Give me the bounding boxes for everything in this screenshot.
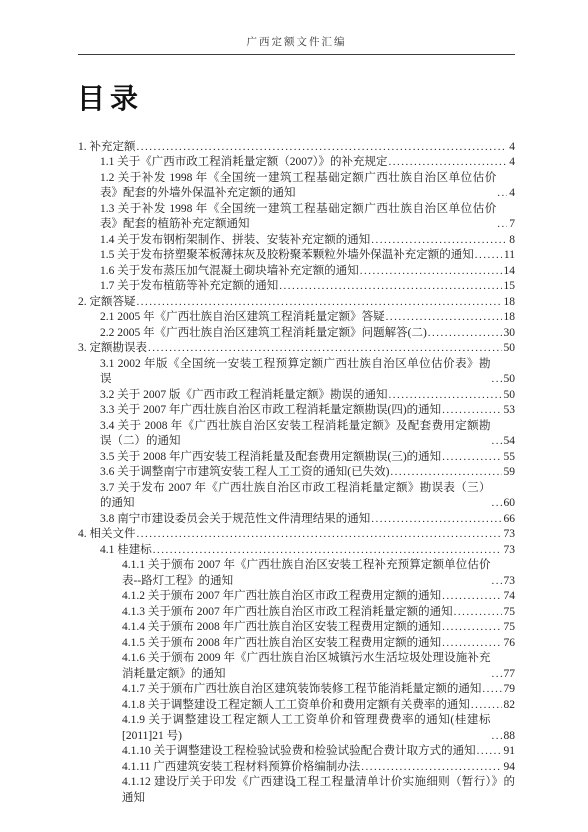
toc-entry: 4.1.10 关于调整建设工程检验试验费和检验试验配合费计取方式的通知 91 [122, 744, 515, 760]
toc-entry-label: 4.1.5 关于颁布 2008 年广西壮族自治区安装工程费用定额的通知 [122, 636, 441, 652]
toc-entry: 4.1.5 关于颁布 2008 年广西壮族自治区安装工程费用定额的通知 76 [122, 636, 515, 652]
toc-entry-label: 4.1.10 关于调整建设工程检验试验费和检验试验配合费计取方式的通知 [122, 744, 476, 760]
dotted-leader [148, 341, 502, 357]
dotted-leader [137, 295, 502, 311]
toc-entry: 4.1.6 关于颁布 2009 年《广西壮族自治区城镇污水生活垃圾处理设施补充消… [122, 651, 515, 682]
toc-entry-page: 4 [509, 155, 515, 171]
dotted-leader [442, 636, 501, 652]
toc-entry-page: 54 [504, 434, 516, 450]
dotted-leader [482, 682, 501, 698]
toc-entry-label: 4.1.9 关于调整建设工程定额人工工资单价和管理费费率的通知(桂建标[2011… [122, 713, 491, 744]
toc-entry-page: 73 [504, 574, 516, 590]
toc-entry: 3.3 关于 2007 年广西壮族自治区市政工程消耗量定额勘误(四)的通知 53 [100, 403, 515, 419]
toc-entry-label: 4.1.1 关于颁布 2007 年《广西壮族自治区安装工程补充预算定额单位估价表… [122, 558, 491, 589]
toc-entry-label: 4.1 桂建标 [100, 543, 152, 559]
toc-entry: 2.1 2005 年《广西壮族自治区建筑工程消耗量定额》答疑 18 [100, 310, 515, 326]
toc-entry-label: 4.1.3 关于颁布 2007 年广西壮族自治区市政工程消耗量定额的通知 [122, 605, 453, 621]
toc-entry-label: 3.8 南宁市建设委员会关于规范性文件清理结果的通知 [100, 512, 370, 528]
dotted-leader [361, 760, 501, 776]
toc-entry-label: 4.1.6 关于颁布 2009 年《广西壮族自治区城镇污水生活垃圾处理设施补充消… [122, 651, 491, 682]
toc-entry-label: 4.1.4 关于颁布 2008 年广西壮族自治区安装工程费用定额的通知 [122, 620, 441, 636]
toc-entry-label: 3.6 关于调整南宁市建筑安装工程人工工资的通知(已失效) [100, 465, 389, 481]
dotted-leader [492, 729, 502, 745]
toc-entry-label: 2.1 2005 年《广西壮族自治区建筑工程消耗量定额》答疑 [100, 310, 385, 326]
dotted-leader [492, 667, 502, 683]
dotted-leader [386, 310, 502, 326]
toc-entry: 3.6 关于调整南宁市建筑安装工程人工工资的通知(已失效) 59 [100, 465, 515, 481]
toc-entry-label: 4.1.2 关于颁布 2007 年广西壮族自治区市政工程费用定额的通知 [122, 589, 441, 605]
dotted-leader [389, 388, 502, 404]
toc-entry: 4.1.3 关于颁布 2007 年广西壮族自治区市政工程消耗量定额的通知 75 [122, 605, 515, 621]
toc-entry-page: 50 [504, 372, 516, 388]
toc-entry: 4.1.1 关于颁布 2007 年《广西壮族自治区安装工程补充预算定额单位估价表… [122, 558, 515, 589]
dotted-leader [477, 744, 502, 760]
toc-entry-label: 3.1 2002 年版《全国统一安装工程预算定额广西壮族自治区单位估价表》勘 误 [100, 357, 491, 388]
toc-entry: 1.1 关于《广西市政工程消耗量定额（2007）》的补充规定 4 [100, 155, 515, 171]
toc-entry: 3.2 关于 2007 版《广西市政工程消耗量定额》勘误的通知 50 [100, 388, 515, 404]
dotted-leader [497, 217, 507, 233]
dotted-leader [371, 233, 507, 249]
dotted-leader [497, 186, 507, 202]
dotted-leader [442, 620, 501, 636]
toc-entry-label: 1.4 关于发布钢桁架制作、拼装、安装补充定额的通知 [100, 233, 370, 249]
toc-entry-page: 66 [504, 512, 516, 528]
toc-entry: 4.1.2 关于颁布 2007 年广西壮族自治区市政工程费用定额的通知 74 [122, 589, 515, 605]
toc-entry-label: 3.3 关于 2007 年广西壮族自治区市政工程消耗量定额勘误(四)的通知 [100, 403, 441, 419]
toc-entry-page: 18 [504, 310, 516, 326]
toc-entry-page: 8 [509, 233, 515, 249]
toc-entry-label: 4. 相关文件 [78, 527, 136, 543]
toc-entry: 4.1.4 关于颁布 2008 年广西壮族自治区安装工程费用定额的通知 75 [122, 620, 515, 636]
toc-entry-page: 60 [504, 496, 516, 512]
toc-list: 1. 补充定额 4 1.1 关于《广西市政工程消耗量定额（2007）》的补充规定… [78, 140, 515, 807]
toc-entry: 4.1.11 广西建筑安装工程材料预算价格编制办法 94 [122, 760, 515, 776]
dotted-leader [442, 450, 501, 466]
toc-entry-label: 1. 补充定额 [78, 140, 136, 156]
toc-entry: 1.5 关于发布挤塑聚苯板薄抹灰及胶粉聚苯颗粒外墙外保温补充定额的通知 11 [100, 248, 515, 264]
toc-entry-page: 82 [504, 698, 516, 714]
toc-entry-page: 75 [504, 605, 516, 621]
toc-entry-page: 74 [504, 589, 516, 605]
toc-entry: 4.1.9 关于调整建设工程定额人工工资单价和管理费费率的通知(桂建标[2011… [122, 713, 515, 744]
dotted-leader [454, 605, 502, 621]
running-header: 广西定额文件汇编 [78, 34, 515, 55]
toc-entry-label: 1.3 关于补发 1998 年《全国统一建筑工程基础定额广西壮族自治区单位估价表… [100, 202, 496, 233]
toc-entry-page: 91 [504, 744, 516, 760]
dotted-leader [390, 465, 501, 481]
dotted-leader [475, 248, 502, 264]
toc-entry: 2. 定额答疑 18 [78, 295, 515, 311]
toc-entry-label: 1.5 关于发布挤塑聚苯板薄抹灰及胶粉聚苯颗粒外墙外保温补充定额的通知 [100, 248, 474, 264]
toc-entry-page: 73 [504, 527, 516, 543]
toc-entry: 3. 定额勘误表 50 [78, 341, 515, 357]
toc-entry-page: 30 [504, 326, 516, 342]
toc-entry: 1. 补充定额 4 [78, 140, 515, 156]
header-rule [78, 54, 515, 55]
toc-entry-label: 4.1.7 关于颁布广西壮族自治区建筑装饰装修工程节能消耗量定额的通知 [122, 682, 481, 698]
dotted-leader [389, 155, 508, 171]
toc-entry: 1.3 关于补发 1998 年《全国统一建筑工程基础定额广西壮族自治区单位估价表… [100, 202, 515, 233]
toc-entry-page: 15 [504, 279, 516, 295]
toc-entry: 4.1.7 关于颁布广西壮族自治区建筑装饰装修工程节能消耗量定额的通知 79 [122, 682, 515, 698]
toc-entry-page: 4 [509, 186, 515, 202]
dotted-leader [279, 279, 501, 295]
page-number: 1 [0, 779, 588, 790]
toc-entry-page: 88 [504, 729, 516, 745]
dotted-leader [442, 589, 501, 605]
toc-entry: 4. 相关文件 73 [78, 527, 515, 543]
toc-entry-page: 4 [509, 140, 515, 156]
toc-entry: 1.4 关于发布钢桁架制作、拼装、安装补充定额的通知 8 [100, 233, 515, 249]
toc-entry-page: 55 [504, 450, 516, 466]
toc-entry-page: 77 [504, 667, 516, 683]
toc-entry: 3.4 关于 2008 年《广西壮族自治区安装工程消耗量定额》及配套费用定额勘误… [100, 419, 515, 450]
toc-entry-label: 1.2 关于补发 1998 年《全国统一建筑工程基础定额广西壮族自治区单位估价表… [100, 171, 496, 202]
dotted-leader [153, 543, 502, 559]
toc-entry: 4.1 桂建标 73 [100, 543, 515, 559]
toc-entry-label: 3.4 关于 2008 年《广西壮族自治区安装工程消耗量定额》及配套费用定额勘误… [100, 419, 491, 450]
toc-entry-label: 3.7 关于发布 2007 年《广西壮族自治区市政工程消耗量定额》勘误表（三）的… [100, 481, 491, 512]
toc-entry-page: 73 [504, 543, 516, 559]
dotted-leader [471, 698, 502, 714]
dotted-leader [137, 140, 508, 156]
toc-entry-label: 3. 定额勘误表 [78, 341, 147, 357]
toc-entry-label: 4.1.8 关于调整建设工程定额人工工资单价和费用定额有关费率的通知 [122, 698, 470, 714]
toc-entry: 2.2 2005 年《广西壮族自治区建筑工程消耗量定额》问题解答(二) 30 [100, 326, 515, 342]
dotted-leader [492, 434, 502, 450]
toc-entry: 4.1.8 关于调整建设工程定额人工工资单价和费用定额有关费率的通知 82 [122, 698, 515, 714]
dotted-leader [442, 403, 501, 419]
toc-title: 目录 [77, 85, 515, 116]
toc-entry-label: 1.7 关于发布植筋等补充定额的通知 [100, 279, 278, 295]
toc-entry-label: 2.2 2005 年《广西壮族自治区建筑工程消耗量定额》问题解答(二) [100, 326, 427, 342]
dotted-leader [428, 326, 502, 342]
toc-entry-label: 4.1.11 广西建筑安装工程材料预算价格编制办法 [122, 760, 360, 776]
toc-entry: 3.7 关于发布 2007 年《广西壮族自治区市政工程消耗量定额》勘误表（三）的… [100, 481, 515, 512]
toc-entry: 3.5 关于 2008 年广西安装工程消耗量及配套费用定额勘误(三)的通知 55 [100, 450, 515, 466]
toc-entry: 1.6 关于发布蒸压加气混凝土砌块墙补充定额的通知 14 [100, 264, 515, 280]
toc-entry: 3.8 南宁市建设委员会关于规范性文件清理结果的通知 66 [100, 512, 515, 528]
document-page: 广西定额文件汇编 目录 1. 补充定额 4 1.1 关于《广西市政工程消耗量定额… [0, 0, 588, 832]
toc-entry-label: 1.1 关于《广西市政工程消耗量定额（2007）》的补充规定 [100, 155, 388, 171]
toc-entry-page: 50 [504, 341, 516, 357]
toc-entry-page: 79 [504, 682, 516, 698]
toc-entry-label: 3.5 关于 2008 年广西安装工程消耗量及配套费用定额勘误(三)的通知 [100, 450, 441, 466]
toc-entry-page: 94 [504, 760, 516, 776]
toc-entry: 1.2 关于补发 1998 年《全国统一建筑工程基础定额广西壮族自治区单位估价表… [100, 171, 515, 202]
toc-entry-page: 11 [504, 248, 515, 264]
dotted-leader [360, 264, 502, 280]
toc-entry-page: 75 [504, 620, 516, 636]
toc-entry: 3.1 2002 年版《全国统一安装工程预算定额广西壮族自治区单位估价表》勘 误… [100, 357, 515, 388]
toc-entry-page: 18 [504, 295, 516, 311]
toc-entry-page: 53 [504, 403, 516, 419]
dotted-leader [492, 574, 502, 590]
toc-entry: 1.7 关于发布植筋等补充定额的通知 15 [100, 279, 515, 295]
dotted-leader [492, 372, 502, 388]
toc-entry-page: 76 [504, 636, 516, 652]
toc-entry-page: 7 [509, 217, 515, 233]
toc-entry-label: 2. 定额答疑 [78, 295, 136, 311]
toc-entry-page: 59 [504, 465, 516, 481]
toc-entry-page: 14 [504, 264, 516, 280]
dotted-leader [371, 512, 501, 528]
toc-entry-page: 50 [504, 388, 516, 404]
toc-entry-label: 3.2 关于 2007 版《广西市政工程消耗量定额》勘误的通知 [100, 388, 388, 404]
dotted-leader [137, 527, 502, 543]
running-header-title: 广西定额文件汇编 [78, 34, 515, 54]
toc-entry-label: 1.6 关于发布蒸压加气混凝土砌块墙补充定额的通知 [100, 264, 359, 280]
dotted-leader [492, 496, 502, 512]
